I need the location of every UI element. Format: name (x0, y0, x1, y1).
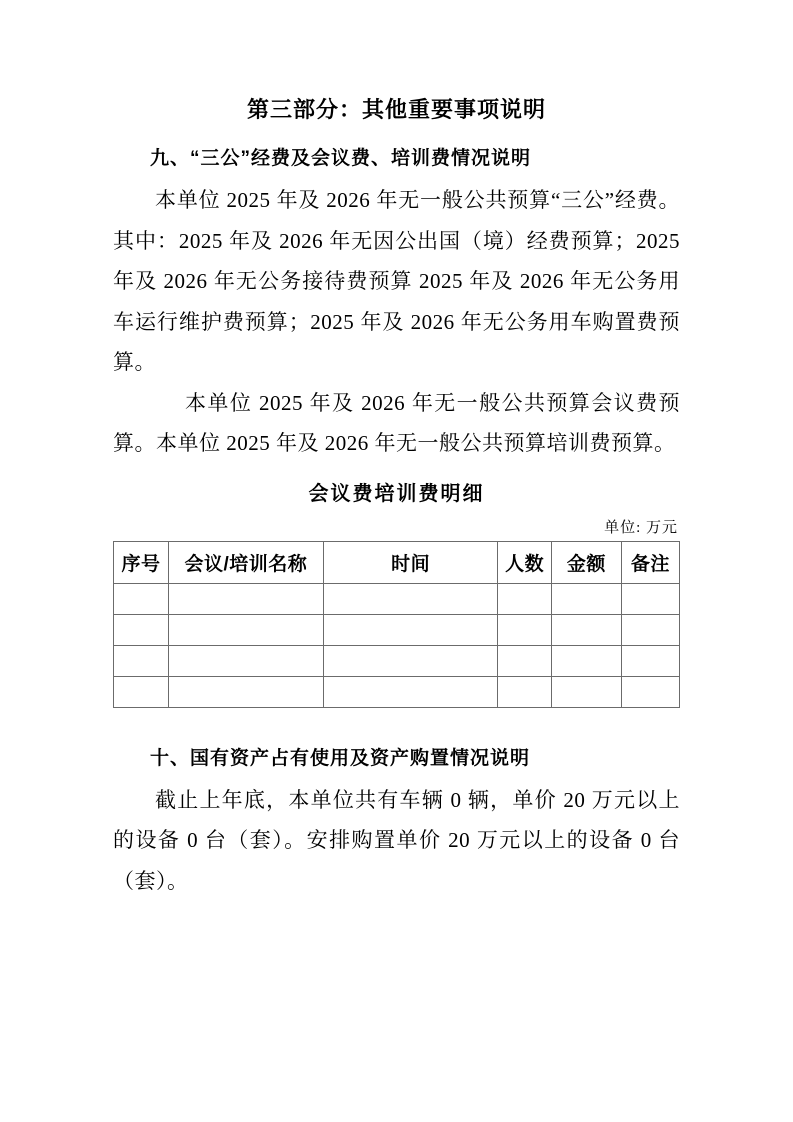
table-cell (323, 645, 497, 676)
table-cell (114, 614, 169, 645)
table-cell (552, 645, 622, 676)
table-cell (323, 614, 497, 645)
table-header-cell: 序号 (114, 541, 169, 583)
table-header-row: 序号会议/培训名称时间人数金额备注 (114, 541, 680, 583)
section-ten-heading: 十、国有资产占有使用及资产购置情况说明 (113, 744, 680, 774)
section-nine-paragraph-2: 本单位 2025 年及 2026 年无一般公共预算会议费预算。本单位 2025 … (113, 383, 680, 464)
table-cell (621, 645, 679, 676)
table-row (114, 614, 680, 645)
table-row (114, 583, 680, 614)
document-content: 第三部分：其他重要事项说明 九、“三公”经费及会议费、培训费情况说明 本单位 2… (0, 0, 793, 901)
table-cell (621, 583, 679, 614)
table-cell (552, 614, 622, 645)
meeting-training-expense-table: 序号会议/培训名称时间人数金额备注 (113, 541, 680, 708)
table-cell (114, 645, 169, 676)
table-unit-label: 单位: 万元 (113, 518, 680, 538)
table-cell (498, 645, 552, 676)
table-cell (552, 583, 622, 614)
table-row (114, 676, 680, 707)
table-title: 会议费培训费明细 (113, 480, 680, 508)
table-header-cell: 会议/培训名称 (168, 541, 323, 583)
table-cell (323, 676, 497, 707)
table-cell (114, 583, 169, 614)
table-body (114, 583, 680, 707)
table-cell (552, 676, 622, 707)
section-nine-paragraph-1: 本单位 2025 年及 2026 年无一般公共预算“三公”经费。其中：2025 … (113, 180, 680, 383)
table-header-row: 序号会议/培训名称时间人数金额备注 (114, 541, 680, 583)
table-cell (168, 583, 323, 614)
table-cell (498, 583, 552, 614)
document-page: 第三部分：其他重要事项说明 九、“三公”经费及会议费、培训费情况说明 本单位 2… (0, 0, 793, 1122)
table-header-cell: 时间 (323, 541, 497, 583)
table-cell (168, 645, 323, 676)
table-cell (498, 676, 552, 707)
table-header-cell: 备注 (621, 541, 679, 583)
table-cell (323, 583, 497, 614)
table-cell (498, 614, 552, 645)
section-ten-paragraph-1: 截止上年底，本单位共有车辆 0 辆，单价 20 万元以上的设备 0 台（套）。安… (113, 780, 680, 902)
table-header-cell: 人数 (498, 541, 552, 583)
section-nine-heading: 九、“三公”经费及会议费、培训费情况说明 (113, 144, 680, 174)
table-row (114, 645, 680, 676)
table-cell (621, 676, 679, 707)
table-cell (114, 676, 169, 707)
table-header-cell: 金额 (552, 541, 622, 583)
table-cell (621, 614, 679, 645)
document-title: 第三部分：其他重要事项说明 (113, 94, 680, 126)
table-cell (168, 614, 323, 645)
table-cell (168, 676, 323, 707)
